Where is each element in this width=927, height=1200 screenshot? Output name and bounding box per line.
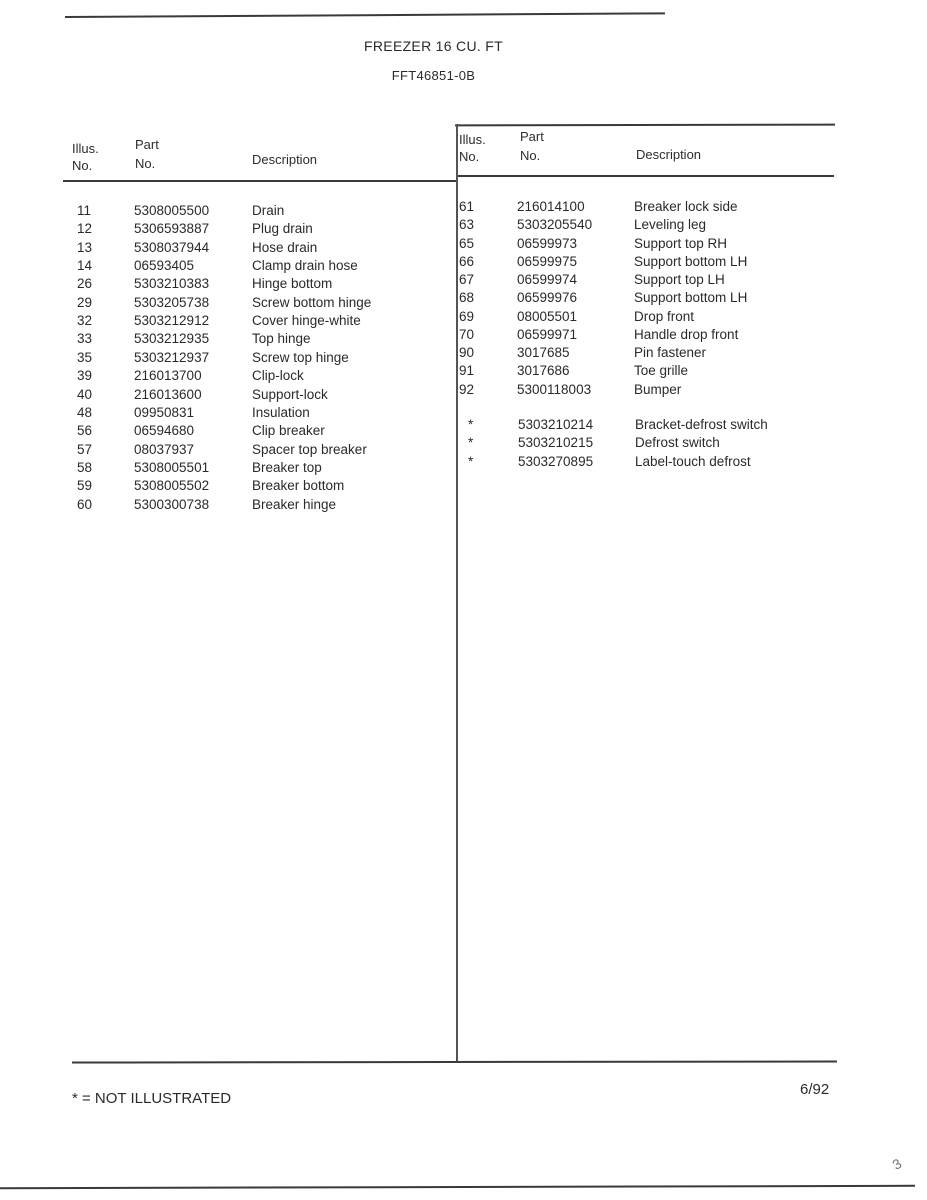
illus-no: 29 bbox=[77, 294, 92, 312]
part-no: 08037937 bbox=[134, 441, 194, 459]
illus-no: 11 bbox=[77, 202, 91, 220]
header-part-line1: Part bbox=[135, 136, 159, 153]
part-description: Handle drop front bbox=[634, 326, 738, 344]
part-no: 5308005501 bbox=[134, 459, 209, 477]
illus-no: 66 bbox=[459, 253, 474, 271]
part-description: Leveling leg bbox=[634, 216, 706, 234]
illus-no: 33 bbox=[77, 330, 92, 348]
part-description: Insulation bbox=[252, 404, 310, 422]
part-description: Toe grille bbox=[634, 362, 688, 380]
left-header-description: Description bbox=[252, 151, 317, 168]
illus-no: 57 bbox=[77, 441, 92, 459]
part-no: 09950831 bbox=[134, 404, 194, 422]
header-illus-line2: No. bbox=[72, 157, 99, 174]
part-no: 5303205738 bbox=[134, 294, 209, 312]
illus-no: 59 bbox=[77, 477, 92, 495]
right-header-part: Part No. bbox=[520, 128, 544, 164]
date-code: 6/92 bbox=[800, 1081, 829, 1098]
part-no: 06599975 bbox=[517, 253, 577, 271]
top-rule bbox=[65, 12, 665, 18]
illus-no: 14 bbox=[77, 257, 92, 275]
table-bottom-rule bbox=[72, 1060, 837, 1063]
illus-no: 13 bbox=[77, 239, 92, 257]
part-description: Top hinge bbox=[252, 330, 311, 348]
footnote: * = NOT ILLUSTRATED bbox=[72, 1090, 231, 1107]
illus-no: 32 bbox=[77, 312, 92, 330]
illus-no: 68 bbox=[459, 289, 474, 307]
part-no: 5303205540 bbox=[517, 216, 592, 234]
part-description: Support top RH bbox=[634, 235, 727, 253]
left-header-illus: Illus. No. bbox=[72, 140, 99, 174]
part-description: Bumper bbox=[634, 381, 681, 399]
part-no: 06593405 bbox=[134, 257, 194, 275]
part-description: Pin fastener bbox=[634, 344, 706, 362]
part-no: 216013600 bbox=[134, 386, 202, 404]
model-number: FFT46851-0B bbox=[0, 68, 867, 83]
part-description: Support bottom LH bbox=[634, 253, 747, 271]
illus-no: 40 bbox=[77, 386, 92, 404]
left-header-top-rule bbox=[455, 124, 835, 127]
part-no: 5300300738 bbox=[134, 496, 209, 514]
corner-mark: 3 bbox=[890, 1155, 905, 1173]
illus-no: 61 bbox=[459, 198, 474, 216]
part-description: Screw top hinge bbox=[252, 349, 349, 367]
part-no: 5308005502 bbox=[134, 477, 209, 495]
part-description: Plug drain bbox=[252, 220, 313, 238]
part-no: 5303210215 bbox=[518, 434, 593, 452]
part-description: Screw bottom hinge bbox=[252, 294, 371, 312]
part-no: 06599971 bbox=[517, 326, 577, 344]
part-no: 06594680 bbox=[134, 422, 194, 440]
header-part-line2: No. bbox=[135, 155, 159, 172]
header-illus-line1: Illus. bbox=[72, 140, 99, 157]
illus-no: 35 bbox=[77, 349, 92, 367]
part-no: 5306593887 bbox=[134, 220, 209, 238]
part-description: Drop front bbox=[634, 308, 694, 326]
illus-no: 69 bbox=[459, 308, 474, 326]
header-part-line2: No. bbox=[520, 147, 544, 164]
part-description: Bracket-defrost switch bbox=[635, 416, 768, 434]
part-description: Cover hinge-white bbox=[252, 312, 361, 330]
part-no: 06599973 bbox=[517, 235, 577, 253]
illus-no: 26 bbox=[77, 275, 92, 293]
part-description: Breaker bottom bbox=[252, 477, 344, 495]
illus-no: 90 bbox=[459, 344, 474, 362]
illus-no: * bbox=[468, 416, 473, 434]
part-no: 06599974 bbox=[517, 271, 577, 289]
part-description: Breaker hinge bbox=[252, 496, 336, 514]
header-illus-line1: Illus. bbox=[459, 131, 486, 148]
document-title: FREEZER 16 CU. FT bbox=[0, 38, 867, 54]
part-no: 5303212912 bbox=[134, 312, 209, 330]
illus-no: * bbox=[468, 434, 473, 452]
right-header-bottom-rule bbox=[456, 175, 834, 177]
illus-no: 63 bbox=[459, 216, 474, 234]
part-description: Breaker lock side bbox=[634, 198, 738, 216]
part-description: Defrost switch bbox=[635, 434, 720, 452]
part-no: 3017686 bbox=[517, 362, 570, 380]
illus-no: 48 bbox=[77, 404, 92, 422]
illus-no: * bbox=[468, 453, 473, 471]
illus-no: 58 bbox=[77, 459, 92, 477]
part-description: Hinge bottom bbox=[252, 275, 332, 293]
part-description: Support top LH bbox=[634, 271, 725, 289]
part-no: 216013700 bbox=[134, 367, 202, 385]
illus-no: 56 bbox=[77, 422, 92, 440]
part-no: 3017685 bbox=[517, 344, 570, 362]
column-divider bbox=[456, 124, 458, 1062]
part-description: Breaker top bbox=[252, 459, 322, 477]
illus-no: 67 bbox=[459, 271, 474, 289]
part-description: Label-touch defrost bbox=[635, 453, 751, 471]
part-description: Clip breaker bbox=[252, 422, 325, 440]
part-no: 08005501 bbox=[517, 308, 577, 326]
illus-no: 12 bbox=[77, 220, 92, 238]
illus-no: 92 bbox=[459, 381, 474, 399]
part-description: Clamp drain hose bbox=[252, 257, 358, 275]
left-header-bottom-rule bbox=[63, 180, 456, 182]
part-description: Clip-lock bbox=[252, 367, 304, 385]
part-no: 216014100 bbox=[517, 198, 585, 216]
part-no: 5303210214 bbox=[518, 416, 593, 434]
left-header-part: Part No. bbox=[135, 136, 159, 172]
part-no: 5308037944 bbox=[134, 239, 209, 257]
part-description: Support-lock bbox=[252, 386, 328, 404]
part-no: 5303270895 bbox=[518, 453, 593, 471]
illus-no: 70 bbox=[459, 326, 474, 344]
part-description: Support bottom LH bbox=[634, 289, 747, 307]
illus-no: 65 bbox=[459, 235, 474, 253]
part-no: 5303212935 bbox=[134, 330, 209, 348]
illus-no: 60 bbox=[77, 496, 92, 514]
header-part-line1: Part bbox=[520, 128, 544, 145]
page-bottom-rule bbox=[0, 1185, 915, 1189]
part-no: 06599976 bbox=[517, 289, 577, 307]
part-no: 5300118003 bbox=[517, 381, 591, 399]
part-no: 5308005500 bbox=[134, 202, 209, 220]
part-description: Hose drain bbox=[252, 239, 317, 257]
part-no: 5303212937 bbox=[134, 349, 209, 367]
header-illus-line2: No. bbox=[459, 148, 486, 165]
part-description: Spacer top breaker bbox=[252, 441, 367, 459]
illus-no: 91 bbox=[459, 362, 474, 380]
right-header-description: Description bbox=[636, 146, 701, 163]
illus-no: 39 bbox=[77, 367, 92, 385]
part-description: Drain bbox=[252, 202, 284, 220]
part-no: 5303210383 bbox=[134, 275, 209, 293]
right-header-illus: Illus. No. bbox=[459, 131, 486, 165]
